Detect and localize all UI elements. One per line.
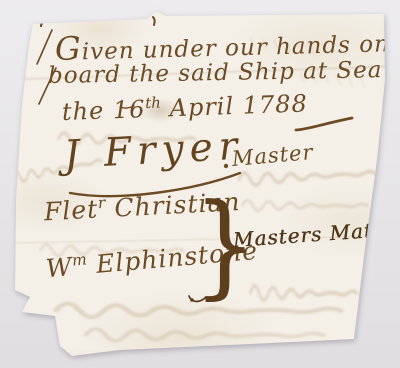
label-masters-mates: Masters Mates. (232, 216, 400, 252)
stray-slash-mark (37, 30, 52, 64)
paper-shadow: Given under our hands on board the said … (0, 0, 400, 368)
stray-hook-mark (38, 11, 42, 26)
body-line-2: board the said Ship at Sea (48, 57, 383, 89)
date-text: the 16 (62, 95, 146, 126)
apostrophe-mark (153, 17, 155, 25)
signature-j-fryer: J Fryer (63, 124, 245, 178)
date-dash-flourish (296, 118, 352, 130)
body-line-3-date: the 16th April 1788 (61, 88, 308, 126)
photo-background: Given under our hands on board the said … (0, 0, 400, 368)
manuscript-paper: Given under our hands on board the said … (0, 0, 400, 368)
date-superscript: th (145, 94, 161, 113)
date-text-rest: April 1788 (161, 89, 309, 122)
